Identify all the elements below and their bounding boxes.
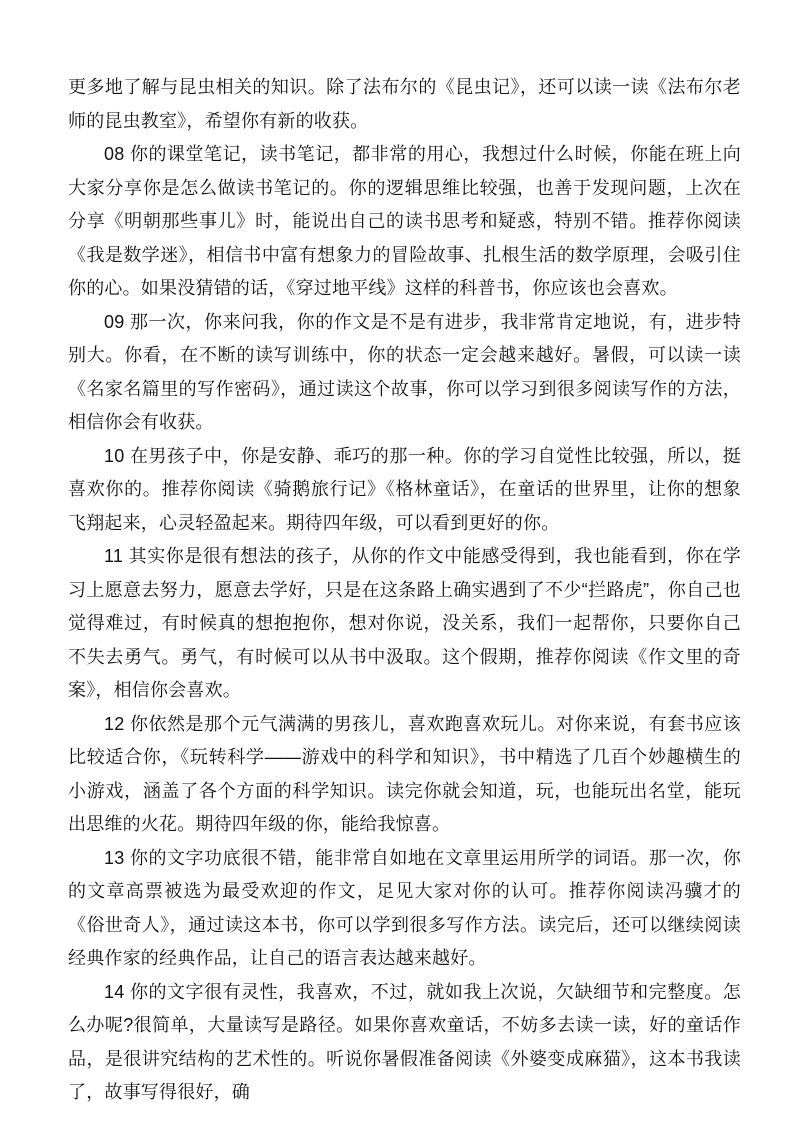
document-page: 更多地了解与昆虫相关的知识。除了法布尔的《昆虫记》，还可以读一读《法布尔老师的昆… [68, 71, 741, 1110]
paragraph-11: 11 其实你是很有想法的孩子，从你的作文中能感受得到，我也能看到，你在学习上愿意… [68, 540, 741, 708]
paragraph-12: 12 你依然是那个元气满满的男孩儿，喜欢跑喜欢玩儿。对你来说，有套书应该比较适合… [68, 708, 741, 842]
paragraph-09: 09 那一次，你来问我，你的作文是不是有进步，我非常肯定地说，有，进步特别大。你… [68, 306, 741, 440]
paragraph-14: 14 你的文字很有灵性，我喜欢，不过，就如我上次说，欠缺细节和完整度。怎么办呢?… [68, 976, 741, 1110]
paragraph-continuation: 更多地了解与昆虫相关的知识。除了法布尔的《昆虫记》，还可以读一读《法布尔老师的昆… [68, 71, 741, 138]
paragraph-08: 08 你的课堂笔记，读书笔记，都非常的用心，我想过什么时候，你能在班上向大家分享… [68, 138, 741, 306]
paragraph-10: 10 在男孩子中，你是安静、乖巧的那一种。你的学习自觉性比较强，所以，挺喜欢你的… [68, 440, 741, 541]
document-viewport: { "document": { "background_color": "#ff… [0, 0, 793, 1122]
paragraph-13: 13 你的文字功底很不错，能非常自如地在文章里运用所学的词语。那一次，你的文章高… [68, 842, 741, 976]
